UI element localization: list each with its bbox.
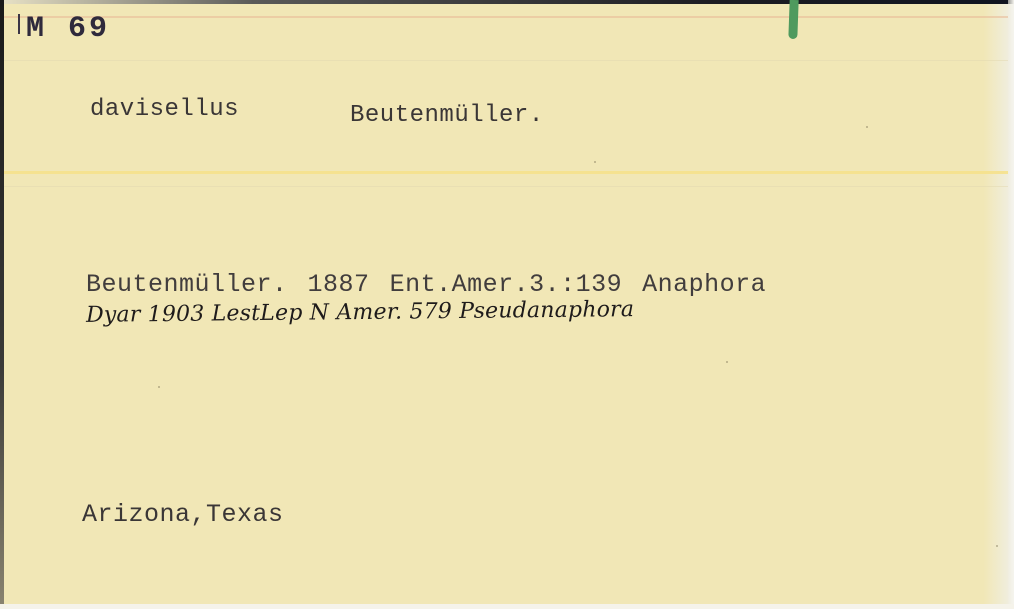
card-right-edge bbox=[1008, 0, 1014, 609]
handwritten-note: Dyar 1903 LestLep N Amer. 579 Pseudanaph… bbox=[86, 297, 634, 328]
index-card: M 69 davisellus Beutenmüller. Beutenmüll… bbox=[0, 0, 1014, 609]
locality: Arizona,Texas bbox=[82, 500, 284, 529]
card-top-edge bbox=[0, 0, 1014, 4]
card-id: M 69 bbox=[18, 12, 110, 46]
citation-year: 1887 bbox=[308, 270, 370, 299]
paper-speck bbox=[726, 361, 728, 363]
card-left-edge bbox=[0, 0, 4, 609]
paper-speck bbox=[158, 386, 160, 388]
species-name: davisellus bbox=[90, 96, 239, 123]
citation-genus: Anaphora bbox=[642, 270, 766, 299]
header-rule-line bbox=[4, 16, 1008, 18]
paper-speck bbox=[594, 161, 596, 163]
card-id-prefix: M bbox=[26, 12, 47, 46]
faint-rule-line bbox=[4, 186, 1008, 187]
paper-speck bbox=[996, 545, 998, 547]
middle-rule-line bbox=[4, 171, 1008, 174]
faint-rule-line bbox=[4, 60, 1008, 61]
citation-author: Beutenmüller. bbox=[86, 270, 288, 299]
species-author: Beutenmüller. bbox=[350, 102, 544, 129]
citation-reference: Ent.Amer.3.:139 bbox=[390, 270, 623, 299]
card-id-bar-mark bbox=[18, 14, 20, 34]
original-citation: Beutenmüller.1887Ent.Amer.3.:139Anaphora bbox=[86, 270, 786, 299]
card-id-number: 69 bbox=[68, 12, 110, 46]
card-bottom-edge bbox=[0, 604, 1014, 609]
green-marker-tab bbox=[788, 0, 798, 39]
paper-speck bbox=[866, 126, 868, 128]
